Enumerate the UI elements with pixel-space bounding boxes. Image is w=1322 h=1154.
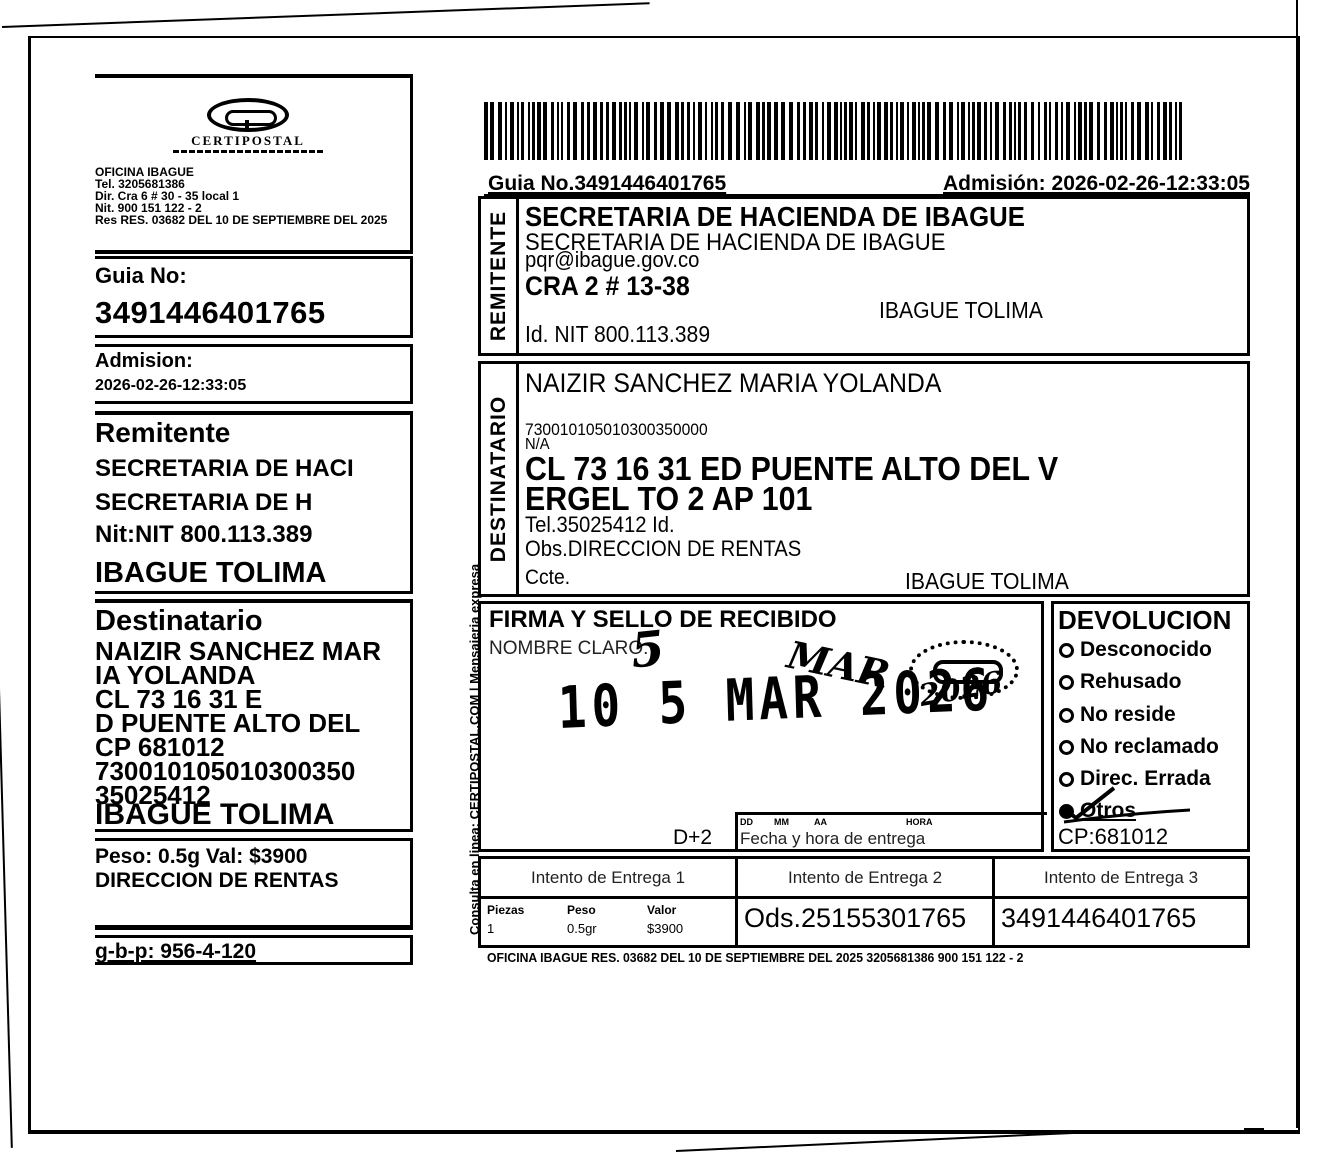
left-remitente-box: Remitente SECRETARIA DE HACI SECRETARIA … — [95, 411, 413, 594]
intento-2-header: Intento de Entrega 2 — [738, 859, 995, 896]
certipostal-logo: CERTIPOSTAL — [163, 98, 333, 158]
left-peso-box: Peso: 0.5g Val: $3900 DIRECCION DE RENTA… — [95, 838, 413, 930]
left-admision-box: Admision: 2026-02-26-12:33:05 — [95, 344, 413, 404]
destinatario-ccte: Ccte. — [525, 566, 570, 590]
nombre-claro-label: NOMBRE CLARO: — [489, 638, 648, 660]
destinatario-section: DESTINATARIO NAIZIR SANCHEZ MARIA YOLAND… — [478, 361, 1250, 597]
radio-icon — [1059, 675, 1074, 690]
barcode — [484, 102, 1184, 160]
destinatario-vertical-label: DESTINATARIO — [481, 364, 519, 594]
header-guia-number: Guia No.3491446401765 — [488, 172, 726, 196]
admision-label: Admision: — [95, 350, 193, 373]
guia-header: Guia No.3491446401765 Admisión: 2026-02-… — [484, 172, 1250, 198]
scan-edge-bottom — [676, 1131, 1096, 1152]
ods-cell: Ods.25155301765 — [738, 899, 995, 945]
logo-brand-text: CERTIPOSTAL — [163, 133, 333, 149]
header-admision-date: Admisión: 2026-02-26-12:33:05 — [943, 172, 1250, 196]
destinatario-label: Destinatario — [95, 605, 263, 638]
piezas-label: Piezas — [487, 903, 524, 917]
fecha-hora-entrega-box: DDMMAAHORA Fecha y hora de entrega — [735, 812, 1047, 852]
devolucion-option-no-reside[interactable]: No reside — [1059, 703, 1176, 727]
devolucion-section: DEVOLUCION Desconocido Rehusado No resid… — [1051, 601, 1250, 852]
radio-icon — [1059, 740, 1074, 755]
office-info: OFICINA IBAGUE Tel. 3205681386 Dir. Cra … — [95, 166, 387, 226]
intentos-header-row: Intento de Entrega 1 Intento de Entrega … — [481, 859, 1247, 899]
remitente-label: Remitente — [95, 417, 230, 449]
ods-number: Ods.25155301765 — [744, 903, 966, 934]
intentos-data-row: Piezas 1 Peso 0.5gr Valor $3900 Ods.2515… — [481, 899, 1247, 945]
office-resolution: Res RES. 03682 DEL 10 DE SEPTIEMBRE DEL … — [95, 214, 387, 226]
devolucion-option-rehusado[interactable]: Rehusado — [1059, 670, 1182, 694]
radio-icon — [1059, 643, 1074, 658]
admision-date: 2026-02-26-12:33:05 — [95, 377, 246, 395]
gbp-code: g-b-p: 956-4-120 — [95, 940, 256, 964]
remitente-id: Id. NIT 800.113.389 — [525, 321, 710, 348]
valor-value: $3900 — [647, 921, 683, 936]
office-header: CERTIPOSTAL OFICINA IBAGUE Tel. 32056813… — [95, 74, 413, 254]
destinatario-name: NAIZIR SANCHEZ MARIA YOLANDA — [525, 368, 941, 399]
remitente-city: IBAGUE TOLIMA — [879, 297, 1043, 324]
remitente-vertical-label: REMITENTE — [481, 199, 519, 353]
certipostal-logo-icon — [207, 98, 289, 132]
devolucion-option-no-reclamado[interactable]: No reclamado — [1059, 735, 1219, 759]
remitente-line: SECRETARIA DE HACI — [95, 455, 354, 483]
firma-title: FIRMA Y SELLO DE RECIBIDO — [489, 606, 837, 634]
scan-edge-left — [0, 588, 13, 1148]
guia-number: 3491446401765 — [95, 295, 326, 331]
date-stamp: 10 5 MAR 2026 — [557, 655, 995, 742]
devolucion-title: DEVOLUCION — [1058, 605, 1231, 636]
destinatario-tel: Tel.35025412 Id. — [525, 512, 675, 538]
destinatario-city: IBAGUE TOLIMA — [905, 568, 1069, 595]
destinatario-code: 730010105010300350000 — [525, 420, 708, 440]
devolucion-cp: CP:681012 — [1058, 824, 1168, 850]
peso-valor-line: Peso: 0.5g Val: $3900 — [95, 845, 307, 869]
left-guia-box: Guia No: 3491446401765 — [95, 256, 413, 338]
intento-1-header: Intento de Entrega 1 — [481, 859, 738, 896]
intentos-guia-number: 3491446401765 — [1001, 903, 1196, 934]
remitente-address: CRA 2 # 13-38 — [525, 271, 690, 302]
handwritten-check-icon — [1062, 784, 1192, 824]
d-plus-label: D+2 — [673, 826, 712, 850]
remitente-city: IBAGUE TOLIMA — [95, 557, 326, 590]
logo-tagline — [173, 150, 323, 153]
remitente-section: REMITENTE SECRETARIA DE HACIENDA DE IBAG… — [478, 196, 1250, 356]
scan-edge-top — [2, 2, 650, 28]
left-destinatario-box: Destinatario NAIZIR SANCHEZ MAR IA YOLAN… — [95, 599, 413, 832]
piezas-value: 1 — [487, 921, 494, 936]
devolucion-option-desconocido[interactable]: Desconocido — [1059, 638, 1212, 662]
radio-icon — [1059, 708, 1074, 723]
firma-sello-section: FIRMA Y SELLO DE RECIBIDO NOMBRE CLARO: … — [478, 601, 1044, 852]
destinatario-obs: Obs.DIRECCION DE RENTAS — [525, 536, 801, 562]
guia-cell: 3491446401765 — [995, 899, 1247, 945]
remitente-line: SECRETARIA DE H — [95, 489, 312, 517]
intentos-entrega-table: Intento de Entrega 1 Intento de Entrega … — [478, 856, 1250, 948]
piezas-peso-valor-cell: Piezas 1 Peso 0.5gr Valor $3900 — [481, 899, 738, 945]
valor-label: Valor — [647, 903, 676, 917]
guia-label: Guia No: — [95, 263, 187, 289]
peso-value: 0.5gr — [567, 921, 597, 936]
observacion-line: DIRECCION DE RENTAS — [95, 869, 338, 893]
remitente-email: pqr@ibague.gov.co — [525, 247, 699, 273]
remitente-nit: Nit:NIT 800.113.389 — [95, 521, 312, 549]
fecha-label: Fecha y hora de entrega — [740, 829, 925, 849]
intento-3-header: Intento de Entrega 3 — [995, 859, 1247, 896]
fecha-columns: DDMMAAHORA — [740, 817, 933, 827]
footer-office-info: OFICINA IBAGUE RES. 03682 DEL 10 DE SEPT… — [487, 950, 1023, 965]
peso-label: Peso — [567, 903, 596, 917]
left-gbp-box: g-b-p: 956-4-120 — [95, 935, 413, 965]
destinatario-city: IBAGUE TOLIMA — [95, 803, 334, 827]
